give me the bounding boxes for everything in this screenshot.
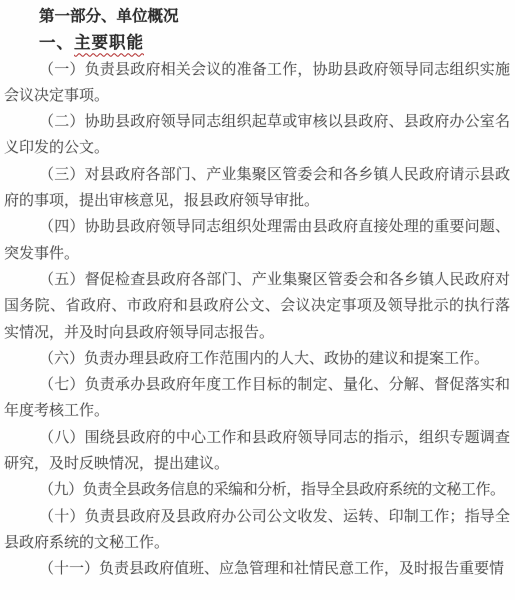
paragraph-8: （八）围绕县政府的中心工作和县政府领导同志的指示，组织专题调查研究，及时反映情况… bbox=[4, 425, 510, 478]
part-title: 第一部分、单位概况 bbox=[4, 4, 510, 30]
section-heading-text: 主要职能 bbox=[74, 34, 144, 52]
paragraph-1: （一）负责县政府相关会议的准备工作，协助县政府领导同志组织实施会议决定事项。 bbox=[4, 57, 510, 110]
paragraph-11: （十一）负责县政府值班、应急管理和社情民意工作，及时报告重要情 bbox=[4, 556, 510, 582]
paragraph-5: （五）督促检查县政府各部门、产业集聚区管委会和各乡镇人民政府对国务院、省政府、市… bbox=[4, 267, 510, 346]
paragraph-4: （四）协助县政府领导同志组织处理需由县政府直接处理的重要问题、突发事件。 bbox=[4, 214, 510, 267]
paragraph-3: （三）对县政府各部门、产业集聚区管委会和各乡镇人民政府请示县政府的事项，提出审核… bbox=[4, 162, 510, 215]
paragraph-9: （九）负责全县政务信息的采编和分析，指导全县政府系统的文秘工作。 bbox=[4, 477, 510, 503]
paragraph-2: （二）协助县政府领导同志组织起草或审核以县政府、县政府办公室名义印发的公文。 bbox=[4, 109, 510, 162]
paragraph-10: （十）负责县政府及县政府办公司公文收发、运转、印制工作；指导全县政府系统的文秘工… bbox=[4, 504, 510, 557]
paragraph-7: （七）负责承办县政府年度工作目标的制定、量化、分解、督促落实和年度考核工作。 bbox=[4, 372, 510, 425]
document-page: 第一部分、单位概况 一、主要职能 （一）负责县政府相关会议的准备工作，协助县政府… bbox=[0, 0, 515, 600]
paragraph-6: （六）负责办理县政府工作范围内的人大、政协的建议和提案工作。 bbox=[4, 346, 510, 372]
section-heading: 一、主要职能 bbox=[4, 30, 510, 56]
section-heading-number: 一、 bbox=[39, 34, 74, 52]
